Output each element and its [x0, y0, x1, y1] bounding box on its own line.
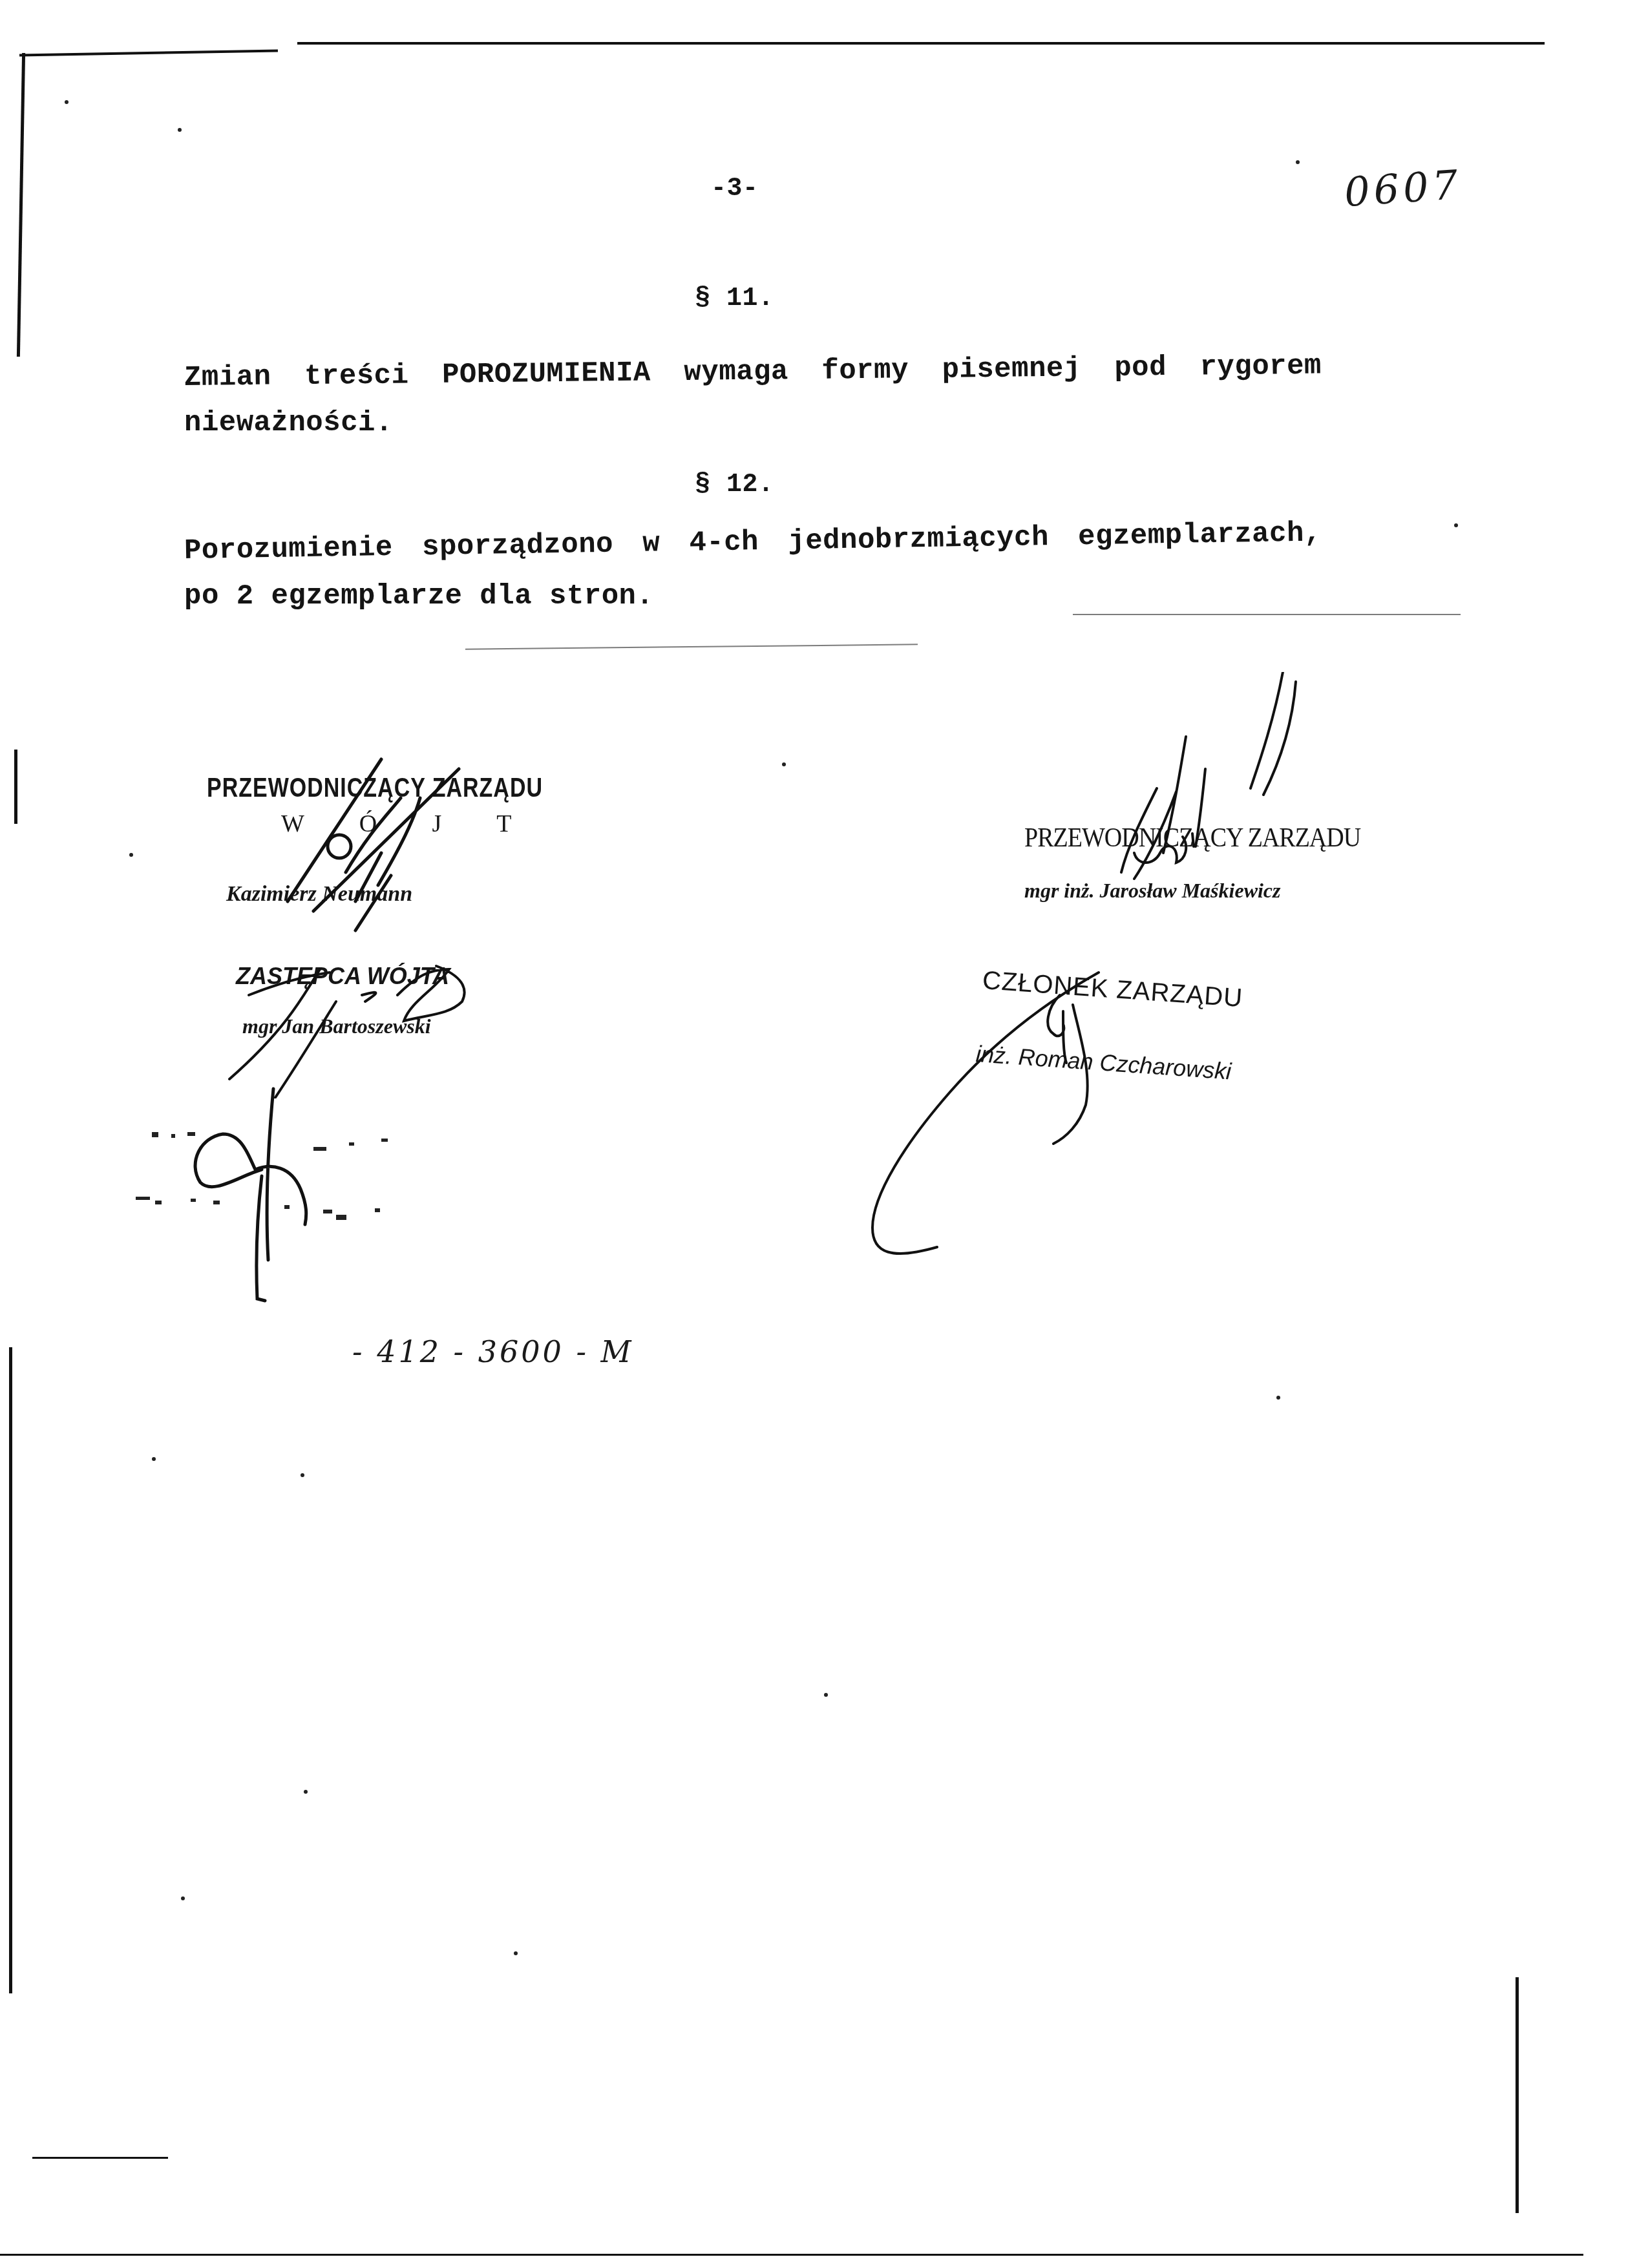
scan-noise [181, 1896, 185, 1900]
handwritten-note-bottom: - 412 - 3600 - M [352, 1334, 634, 1369]
scan-noise [301, 1473, 304, 1477]
scan-border-top-left [19, 50, 278, 57]
section-heading-11: § 11. [695, 284, 774, 313]
scan-border-left-mid [14, 750, 17, 824]
scan-noise [65, 100, 69, 104]
section-12-line-1: Porozumienie sporządzono w 4-ch jednobrz… [184, 517, 1322, 567]
signature-block-zastepca: ZASTĘPCA WÓJTA mgr Jan Bartoszewski [223, 950, 546, 1098]
scan-dashes [465, 644, 918, 649]
handwritten-signature [866, 950, 1370, 1286]
scan-border-right-low [1516, 1977, 1519, 2213]
section-11-line-2: nieważności. [184, 407, 393, 439]
scan-noise [1454, 523, 1458, 527]
scan-noise [782, 762, 786, 766]
handwritten-signature [207, 743, 569, 937]
scan-noise [824, 1693, 828, 1697]
handwritten-reference: 0607 [1343, 161, 1463, 216]
scan-noise [304, 1790, 308, 1794]
scan-noise [1296, 160, 1300, 164]
section-12-line-2: po 2 egzemplarze dla stron. [184, 580, 653, 613]
scan-border-left-low [9, 1347, 12, 1993]
handwritten-signature [1024, 672, 1412, 943]
scan-noise [129, 853, 133, 857]
scan-border-bottom [0, 2254, 1583, 2256]
scan-border-left-top [17, 53, 25, 357]
scan-noise [1276, 1396, 1280, 1400]
signature-block-czlonek: CZŁONEK ZARZĄDU inż. Roman Czcharowski [866, 950, 1370, 1286]
scan-noise [152, 1457, 156, 1461]
section-heading-12: § 12. [695, 470, 774, 499]
scan-noise [514, 1951, 518, 1955]
signature-block-wojt: PRZEWODNICZĄCY ZARZĄDU W Ó J T Kazimierz… [207, 743, 569, 937]
handwritten-signature [110, 1086, 420, 1312]
scan-fragment-bottom-left [32, 2157, 168, 2159]
signature-loop-left [110, 1086, 420, 1312]
scan-border-top [297, 42, 1545, 45]
signature-block-przewodniczacy: PRZEWODNICZĄCY ZARZĄDU mgr inż. Jarosław… [1024, 672, 1412, 943]
section-11-line-1: Zmian treści POROZUMIENIA wymaga formy p… [184, 350, 1322, 394]
handwritten-signature [223, 950, 546, 1098]
page-number: -3- [711, 174, 759, 204]
scan-noise [178, 128, 182, 132]
scan-dashes [1073, 614, 1461, 615]
